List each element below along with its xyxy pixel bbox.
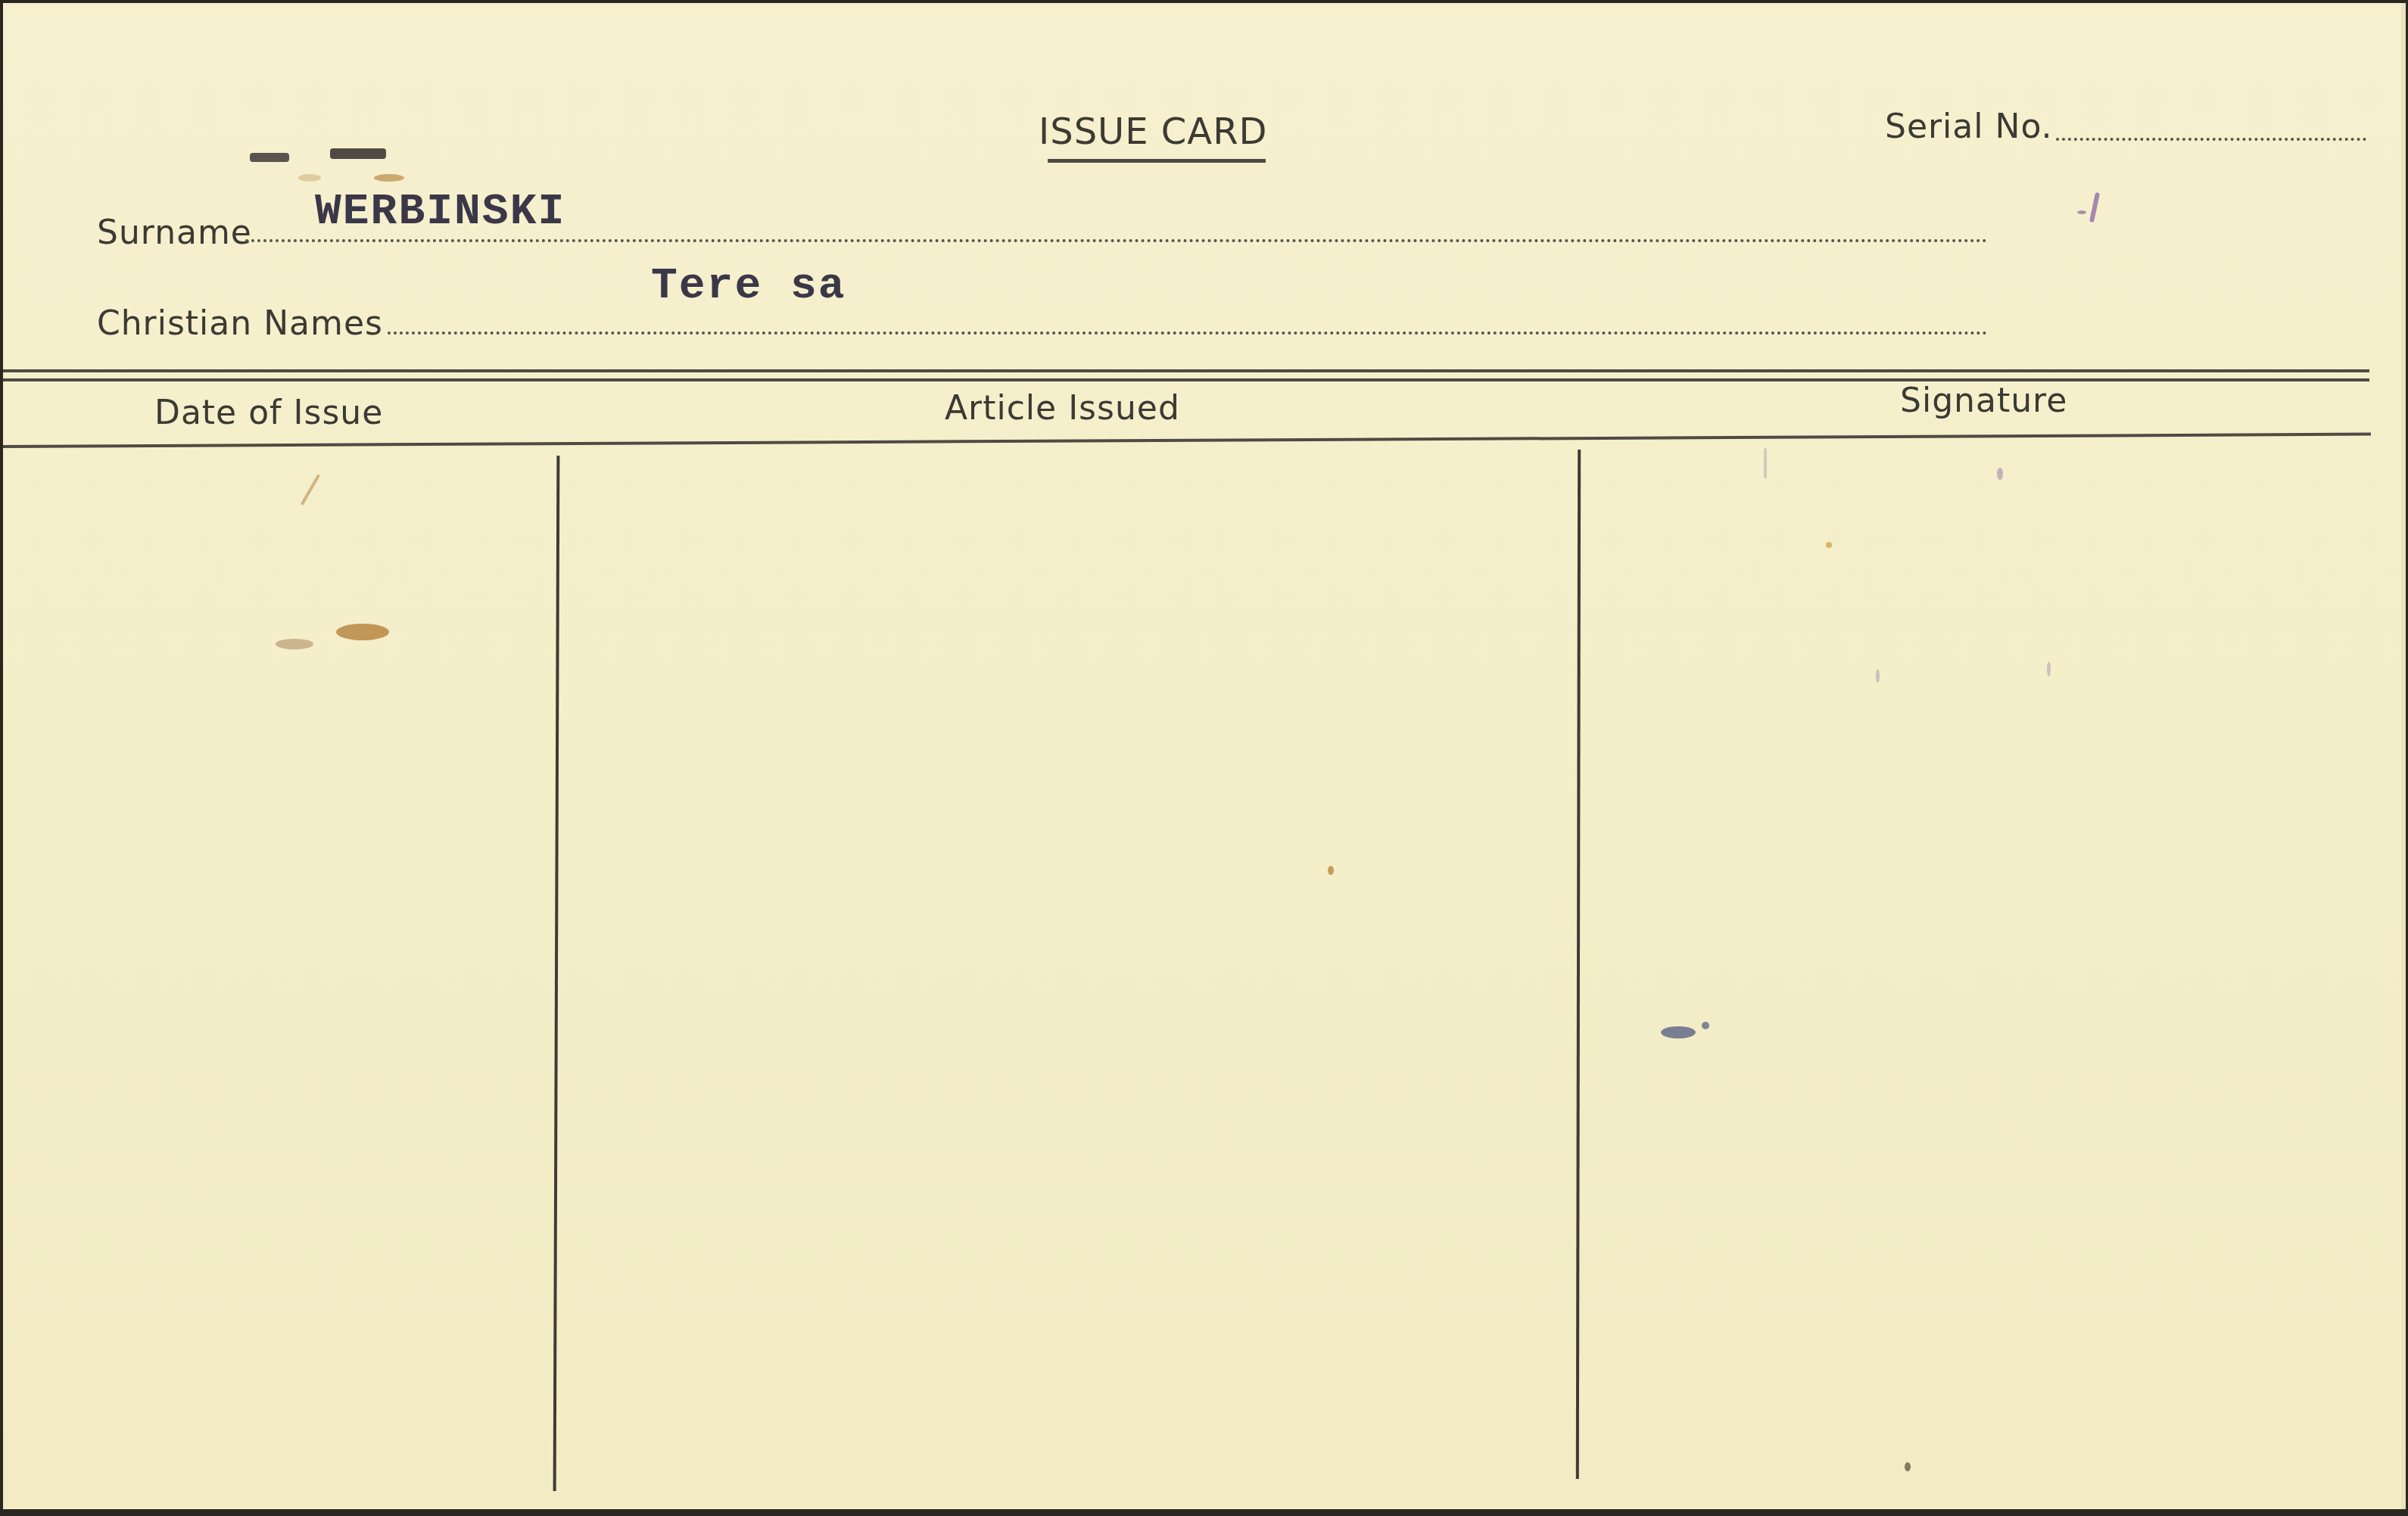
faint-violet-trace [1997, 468, 2003, 480]
faint-violet-trace [1876, 669, 1880, 683]
surname-label: Surname [97, 213, 252, 252]
ink-blot [1702, 1022, 1709, 1029]
card-title: ISSUE CARD [1039, 111, 1267, 153]
christian-names-field[interactable] [388, 332, 1988, 335]
title-underline [1048, 159, 1266, 163]
column-header-signature: Signature [1900, 381, 2067, 420]
article-issued-column[interactable] [558, 457, 1577, 1494]
rust-stain [298, 174, 321, 182]
issue-card: ISSUE CARD Serial No. Surname WERBINSKI … [3, 3, 2406, 1509]
surname-field[interactable] [245, 239, 1988, 242]
violet-mark [2077, 210, 2086, 214]
signature-column[interactable] [1580, 457, 2397, 1494]
surname-value: WERBINSKI [315, 188, 565, 237]
faint-violet-trace [1764, 448, 1767, 478]
column-header-rule [3, 433, 2371, 448]
staple-mark [250, 153, 289, 162]
christian-names-label: Christian Names [97, 304, 383, 343]
speck [1328, 866, 1334, 875]
ink-blot [1661, 1026, 1696, 1038]
faint-violet-trace [2047, 661, 2051, 677]
column-header-date-of-issue: Date of Issue [154, 394, 383, 432]
serial-no-field[interactable] [2056, 138, 2366, 141]
serial-no-label: Serial No. [1885, 107, 2053, 146]
speck [1905, 1462, 1911, 1471]
header-rule-top [3, 369, 2369, 372]
rust-stain [374, 174, 404, 182]
christian-names-value: Tere sa [651, 262, 846, 311]
violet-mark [2089, 192, 2100, 223]
staple-mark [330, 148, 386, 159]
rust-stain [276, 639, 313, 649]
date-of-issue-column[interactable] [3, 457, 555, 1494]
rust-stain [336, 624, 389, 640]
column-header-article-issued: Article Issued [945, 389, 1180, 428]
speck [1826, 542, 1832, 548]
